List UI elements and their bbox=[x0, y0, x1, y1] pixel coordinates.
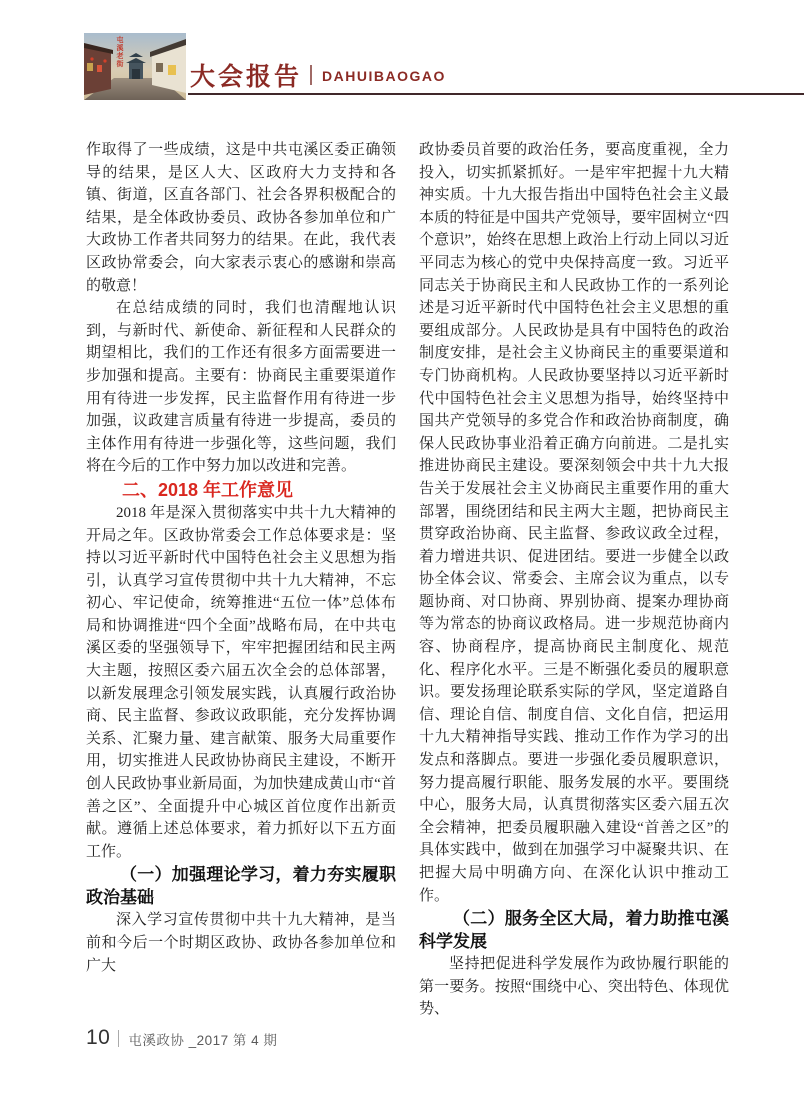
old-street-photo-graphic bbox=[84, 33, 186, 100]
sub-heading-2: （二）服务全区大局，着力助推屯溪科学发展 bbox=[419, 907, 729, 953]
page-footer: 10 屯溪政协 _2017 第 4 期 bbox=[86, 1026, 277, 1050]
paragraph-continuation: 作取得了一些成绩，这是中共屯溪区委正确领导的结果，是区人大、区政府大力支持和各镇… bbox=[86, 139, 396, 297]
paragraph: 坚持把促进科学发展作为政协履行职能的第一要务。按照“围绕中心、突出特色、体现优势… bbox=[419, 953, 729, 1021]
header-rule bbox=[188, 93, 804, 95]
photo-caption: 屯溪老街 bbox=[116, 36, 124, 68]
document-page: 屯溪老街 大会报告 DAHUIBAOGAO 作取得了一些成绩，这是中共屯溪区委正… bbox=[0, 0, 804, 1098]
footer-divider bbox=[118, 1030, 119, 1047]
paragraph: 2018 年是深入贯彻落实中共十九大精神的开局之年。区政协常委会工作总体要求是：… bbox=[86, 502, 396, 864]
paragraph: 深入学习宣传贯彻中共十九大精神，是当前和今后一个时期区政协、政协各参加单位和广大 bbox=[86, 909, 396, 977]
sub-heading-1: （一）加强理论学习，着力夯实履职政治基础 bbox=[86, 863, 396, 909]
title-divider bbox=[310, 65, 312, 85]
page-number: 10 bbox=[86, 1026, 110, 1050]
section-title-block: 大会报告 DAHUIBAOGAO bbox=[190, 60, 446, 90]
section-heading-2018-work-plan: 二、2018 年工作意见 bbox=[86, 478, 396, 502]
old-street-photo: 屯溪老街 bbox=[84, 33, 186, 100]
left-column: 作取得了一些成绩，这是中共屯溪区委正确领导的结果，是区人大、区政府大力支持和各镇… bbox=[86, 139, 396, 977]
paragraph-continuation: 政协委员首要的政治任务，要高度重视，全力投入，切实抓紧抓好。一是牢牢把握十九大精… bbox=[419, 139, 729, 907]
journal-info: 屯溪政协 _2017 第 4 期 bbox=[128, 1027, 277, 1049]
section-title: 大会报告 bbox=[190, 57, 302, 93]
section-title-pinyin: DAHUIBAOGAO bbox=[322, 66, 446, 84]
paragraph: 在总结成绩的同时，我们也清醒地认识到，与新时代、新使命、新征程和人民群众的期望相… bbox=[86, 297, 396, 478]
right-column: 政协委员首要的政治任务，要高度重视，全力投入，切实抓紧抓好。一是牢牢把握十九大精… bbox=[419, 139, 729, 1021]
